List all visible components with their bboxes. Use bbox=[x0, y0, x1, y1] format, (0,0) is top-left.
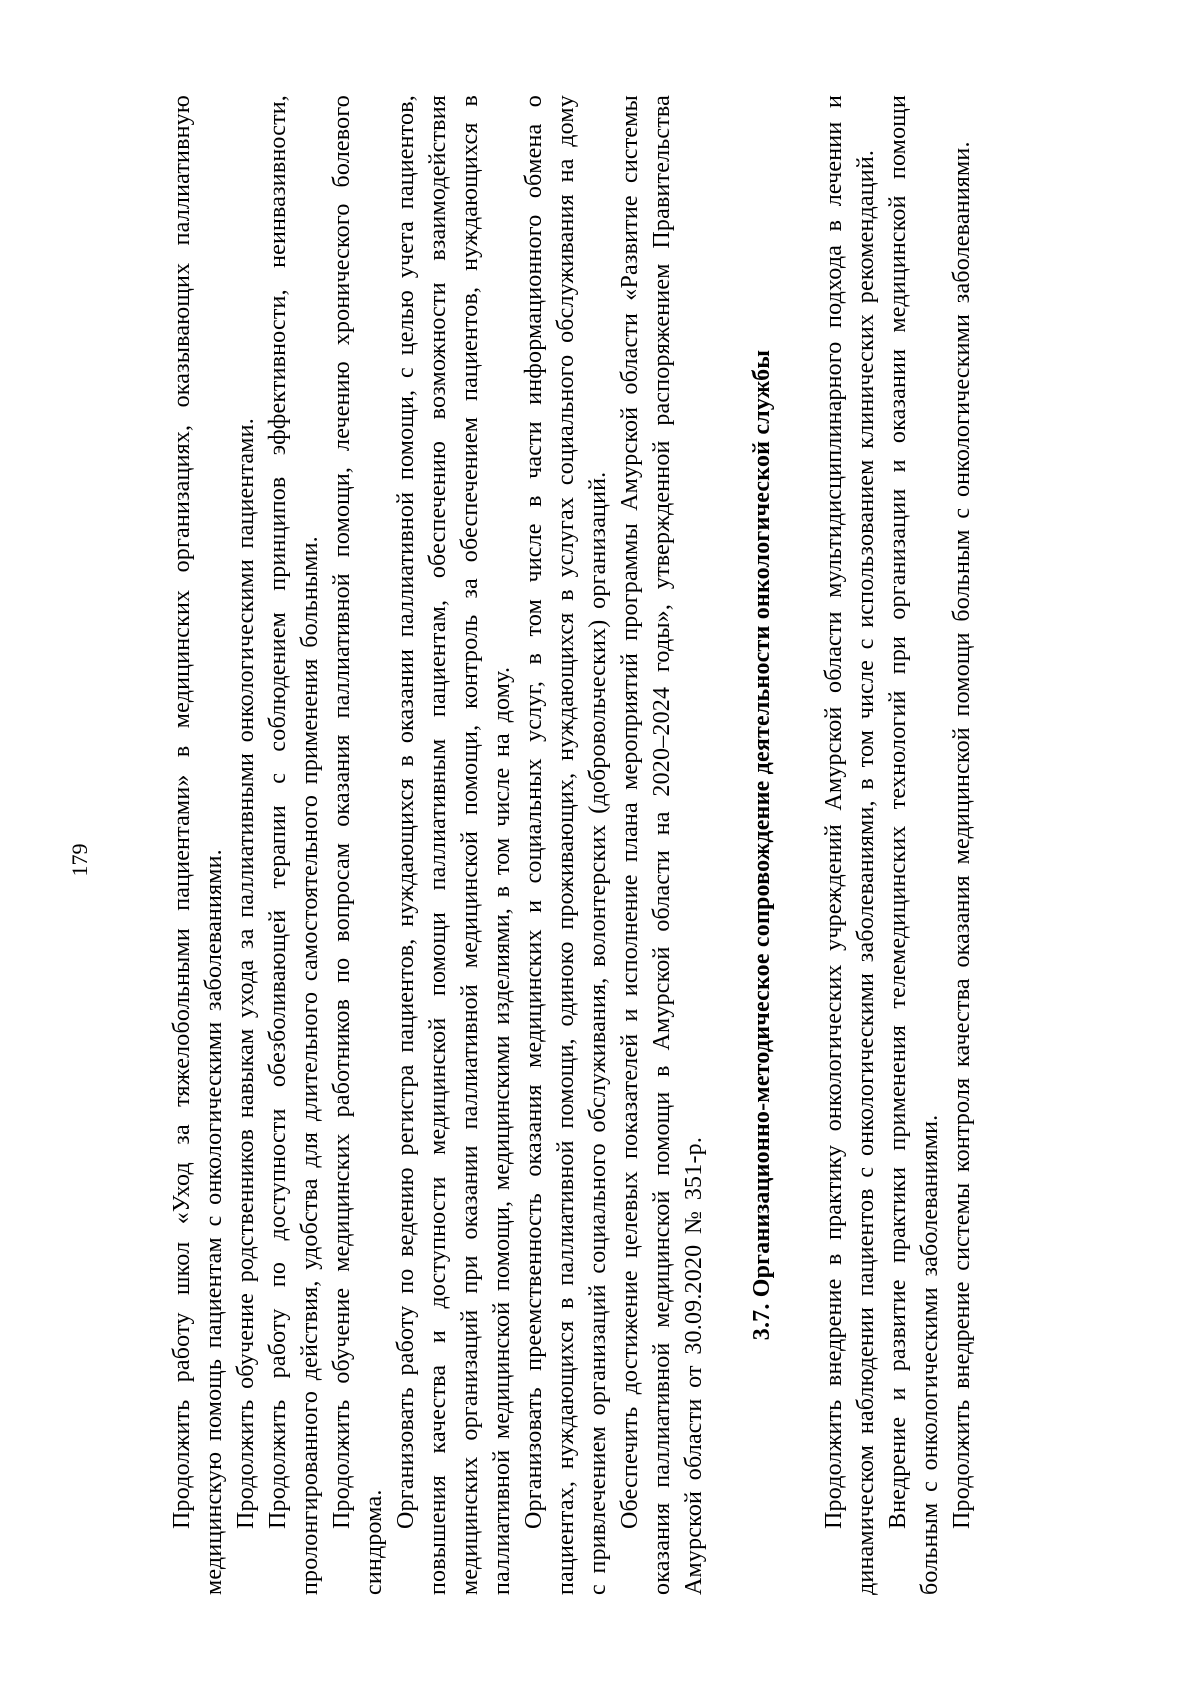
paragraph: Продолжить обучение родственников навыка… bbox=[230, 95, 262, 1595]
paragraph: Организовать преемственность оказания ме… bbox=[518, 95, 614, 1595]
paragraph: Продолжить внедрение в практику онкологи… bbox=[818, 95, 882, 1595]
paragraph: Продолжить работу школ «Уход за тяжелобо… bbox=[166, 95, 230, 1595]
paragraph: Продолжить работу по доступности обезбол… bbox=[262, 95, 326, 1595]
page-text-block: Продолжить работу школ «Уход за тяжелобо… bbox=[166, 95, 1156, 1595]
paragraph: Обеспечить достижение целевых показателе… bbox=[614, 95, 710, 1595]
section-heading: 3.7. Организационно-методическое сопрово… bbox=[746, 95, 778, 1595]
page-number-strip: 179 bbox=[64, 95, 96, 1595]
paragraph: Продолжить обучение медицинских работник… bbox=[326, 95, 390, 1595]
paragraph: Продолжить внедрение системы контроля ка… bbox=[946, 95, 978, 1595]
paragraph: Внедрение и развитие практики применения… bbox=[882, 95, 946, 1595]
page-number: 179 bbox=[67, 844, 92, 877]
document-page: 179 Продолжить работу школ «Уход за тяже… bbox=[0, 0, 1200, 1700]
paragraph: Организовать работу по ведению регистра … bbox=[390, 95, 518, 1595]
